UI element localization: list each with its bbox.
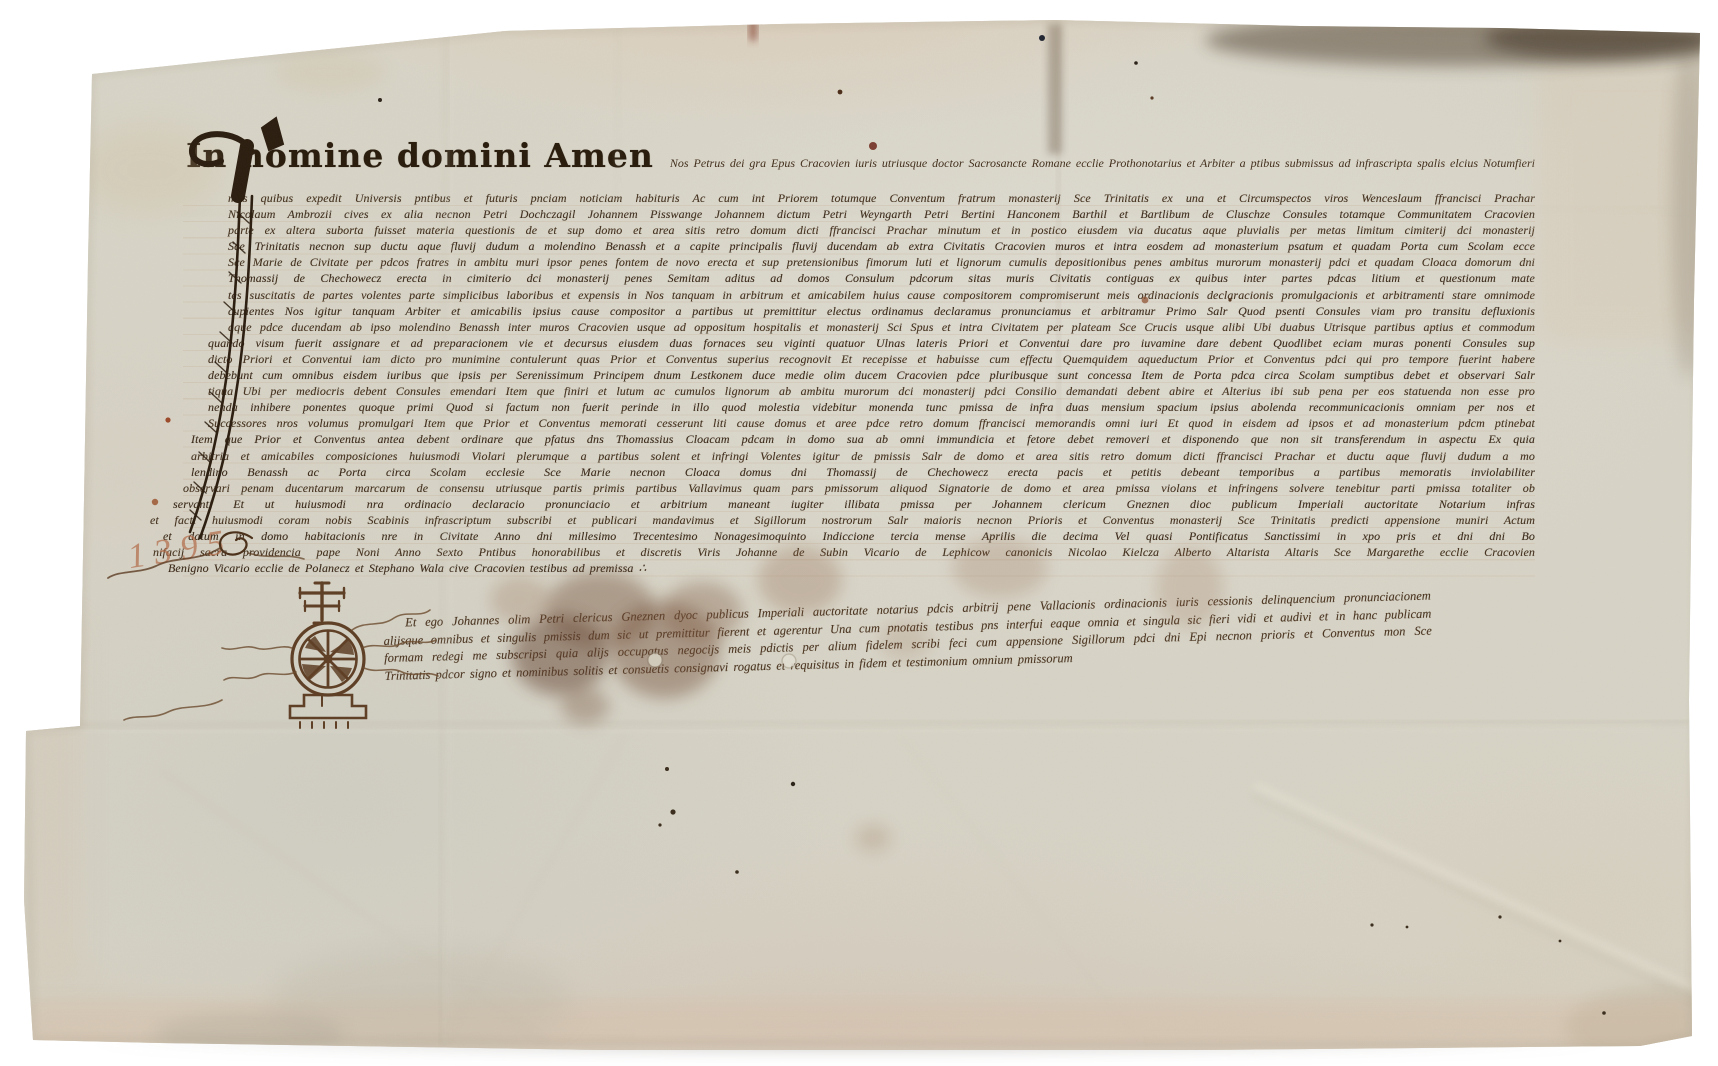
parchment-texture (0, 0, 1718, 1066)
ink-and-aging-overlay (0, 0, 1718, 1066)
charter-photograph: { "document": { "kind": "Medieval parchm… (0, 0, 1718, 1066)
